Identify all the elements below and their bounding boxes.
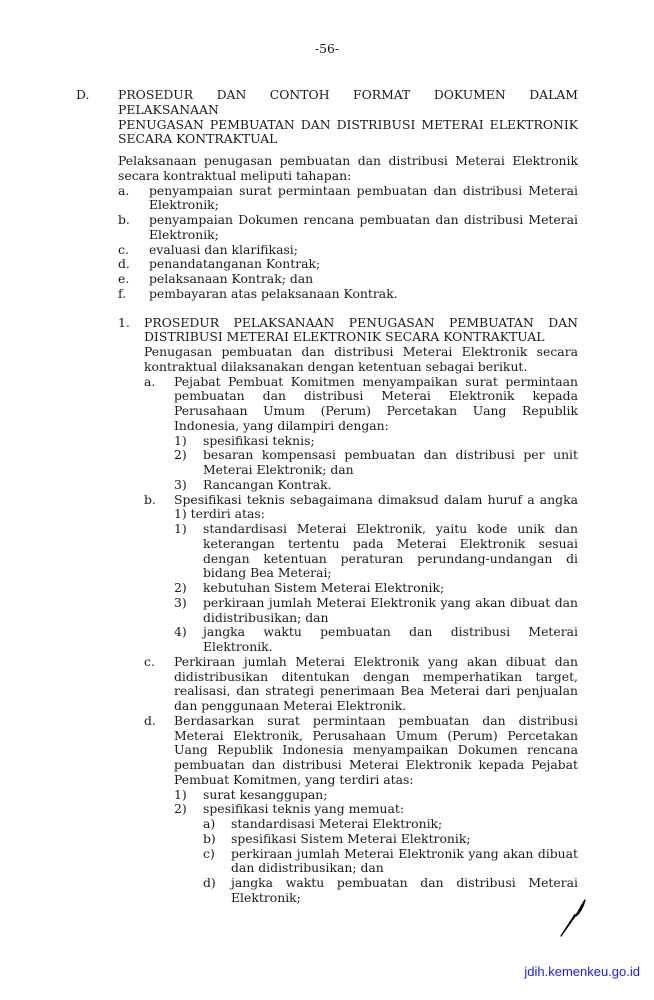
document-content: D. PROSEDUR DAN CONTOH FORMAT DOKUMEN DA… xyxy=(76,88,578,906)
list-subitem: 2) kebutuhan Sistem Meterai Elektronik; xyxy=(174,581,578,596)
list-subitem: 1) standardisasi Meterai Elektronik, yai… xyxy=(174,522,578,581)
page-number: -56- xyxy=(0,42,654,57)
list-subitem: 2) spesifikasi teknis yang memuat: a) st… xyxy=(174,802,578,905)
stage-item: d. penandatanganan Kontrak; xyxy=(118,257,578,272)
list-subitem: 3) perkiraan jumlah Meterai Elektronik y… xyxy=(174,596,578,626)
section-title-line-3: SECARA KONTRAKTUAL xyxy=(118,132,578,147)
list-item-c: c. Perkiraan jumlah Meterai Elektronik y… xyxy=(144,655,578,714)
list-item-a: a. Pejabat Pembuat Komitmen menyampaikan… xyxy=(144,375,578,493)
list-subitem: 4) jangka waktu pembuatan dan distribusi… xyxy=(174,625,578,655)
subsection-title-line-2: DISTRIBUSI METERAI ELEKTRONIK SECARA KON… xyxy=(144,330,578,345)
section-d-heading: D. PROSEDUR DAN CONTOH FORMAT DOKUMEN DA… xyxy=(76,88,578,147)
signature-mark-icon xyxy=(558,898,588,938)
stage-item: c. evaluasi dan klarifikasi; xyxy=(118,243,578,258)
section-label: D. xyxy=(76,88,118,147)
list-item-b: b. Spesifikasi teknis sebagaimana dimaks… xyxy=(144,493,578,655)
list-subsubitem: c) perkiraan jumlah Meterai Elektronik y… xyxy=(203,847,578,877)
stage-item: e. pelaksanaan Kontrak; dan xyxy=(118,272,578,287)
list-subitem: 2) besaran kompensasi pembuatan dan dist… xyxy=(174,448,578,478)
section-intro: Pelaksanaan penugasan pembuatan dan dist… xyxy=(118,154,578,184)
source-link[interactable]: jdih.kemenkeu.go.id xyxy=(524,965,640,980)
stage-item: f. pembayaran atas pelaksanaan Kontrak. xyxy=(118,287,578,302)
list-subsubitem: a) standardisasi Meterai Elektronik; xyxy=(203,817,578,832)
stage-item: b. penyampaian Dokumen rencana pembuatan… xyxy=(118,213,578,243)
list-subsubitem: d) jangka waktu pembuatan dan distribusi… xyxy=(203,876,578,906)
list-subsubitem: b) spesifikasi Sistem Meterai Elektronik… xyxy=(203,832,578,847)
stage-item: a. penyampaian surat permintaan pembuata… xyxy=(118,184,578,214)
section-title-line-2: PENUGASAN PEMBUATAN DAN DISTRIBUSI METER… xyxy=(118,118,578,133)
list-subitem: 1) surat kesanggupan; xyxy=(174,788,578,803)
list-subitem: 3) Rancangan Kontrak. xyxy=(174,478,578,493)
subsection-intro: Penugasan pembuatan dan distribusi Meter… xyxy=(144,345,578,375)
section-title-line-1: PROSEDUR DAN CONTOH FORMAT DOKUMEN DALAM… xyxy=(118,88,578,118)
subsection-label: 1. xyxy=(118,316,144,906)
subsection-1: 1. PROSEDUR PELAKSANAAN PENUGASAN PEMBUA… xyxy=(118,316,578,906)
document-page: -56- D. PROSEDUR DAN CONTOH FORMAT DOKUM… xyxy=(0,0,654,1000)
list-item-d: d. Berdasarkan surat permintaan pembuata… xyxy=(144,714,578,906)
subsection-title-line-1: PROSEDUR PELAKSANAAN PENUGASAN PEMBUATAN… xyxy=(144,316,578,331)
list-subitem: 1) spesifikasi teknis; xyxy=(174,434,578,449)
